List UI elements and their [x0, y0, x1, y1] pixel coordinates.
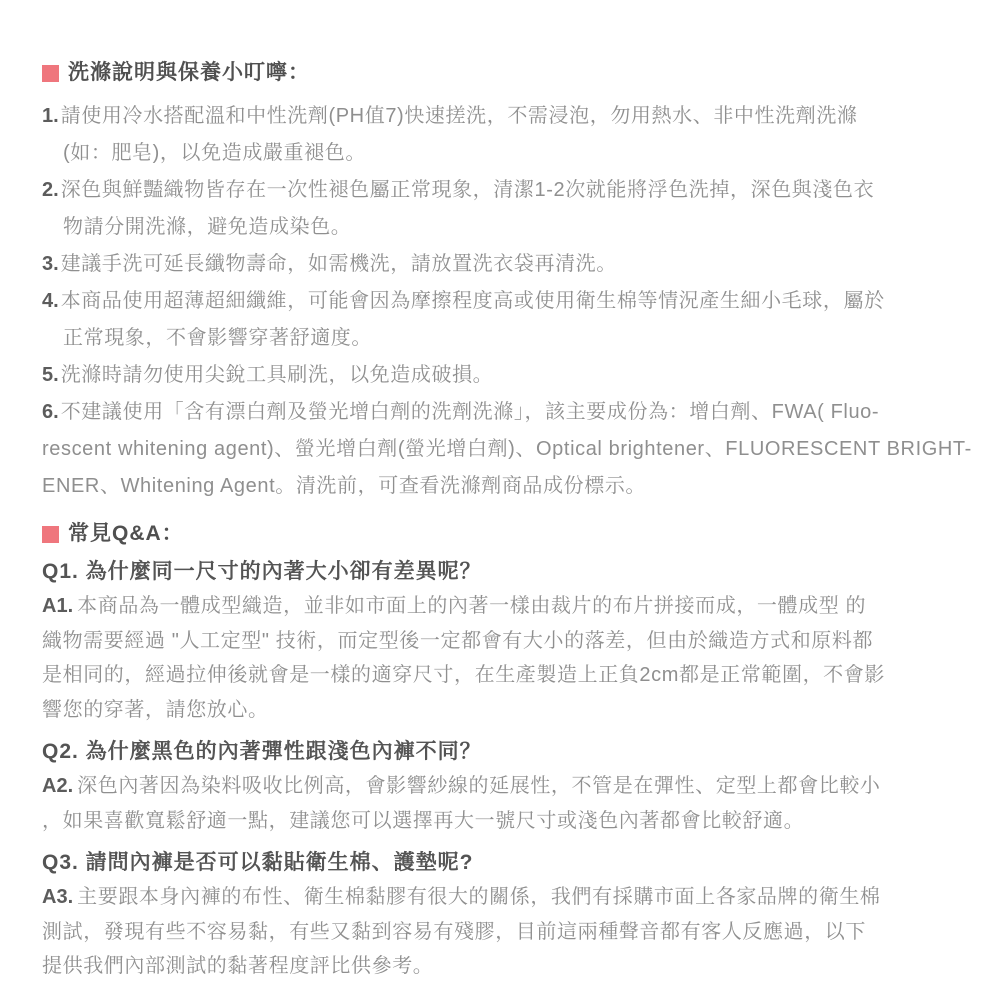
answer-3-cont: 測試，發現有些不容易黏，有些又黏到容易有殘膠，目前這兩種聲音都有客人反應過，以下	[42, 915, 962, 950]
item-number: 6.	[42, 401, 59, 423]
instruction-text: 不建議使用「含有漂白劑及螢光增白劑的洗劑洗滌」，該主要成份為：增白劑、FWA( …	[61, 401, 879, 423]
answer-1-cont: 是相同的，經過拉伸後就會是一樣的適穿尺寸，在生產製造上正負2cm都是正常範圍，不…	[42, 658, 962, 693]
answer-text: 主要跟本身內褲的布性、衛生棉黏膠有很大的關係，我們有採購市面上各家品牌的衛生棉	[77, 886, 880, 908]
instruction-item-4-cont: 正常現象，不會影響穿著舒適度。	[42, 320, 962, 357]
instruction-item-6-cont2: ENER、Whitening Agent。清洗前，可查看洗滌劑商品成份標示。	[42, 468, 962, 505]
instruction-text: 深色與鮮豔織物皆存在一次性褪色屬正常現象，清潔1-2次就能將浮色洗掉，深色與淺色…	[61, 179, 875, 201]
answer-1: A1.本商品為一體成型織造，並非如市面上的內著一樣由裁片的布片拼接而成，一體成型…	[42, 589, 962, 624]
question-3: Q3. 請問內褲是否可以黏貼衛生棉、護墊呢?	[42, 845, 962, 880]
answer-3-cont: 提供我們內部測試的黏著程度評比供參考。	[42, 949, 962, 984]
qa-section-heading: 常見Q&A：	[42, 521, 962, 547]
instruction-item-1: 1.請使用冷水搭配溫和中性洗劑(PH值7)快速搓洗，不需浸泡，勿用熱水、非中性洗…	[42, 98, 962, 135]
care-instructions-page: 洗滌說明與保養小叮嚀： 1.請使用冷水搭配溫和中性洗劑(PH值7)快速搓洗，不需…	[0, 0, 1000, 984]
answer-label: A1.	[42, 595, 73, 617]
instruction-text: 本商品使用超薄超細纖維，可能會因為摩擦程度高或使用衛生棉等情況產生細小毛球，屬於	[61, 290, 885, 312]
answer-1-cont: 織物需要經過 "人工定型" 技術，而定型後一定都會有大小的落差，但由於織造方式和…	[42, 624, 962, 659]
section-bullet-icon	[42, 65, 59, 82]
answer-2-cont: ，如果喜歡寬鬆舒適一點，建議您可以選擇再大一號尺寸或淺色內著都會比較舒適。	[42, 804, 962, 839]
instruction-item-5: 5.洗滌時請勿使用尖銳工具刷洗，以免造成破損。	[42, 357, 962, 394]
answer-1-cont: 響您的穿著，請您放心。	[42, 693, 962, 728]
answer-3: A3.主要跟本身內褲的布性、衛生棉黏膠有很大的關係，我們有採購市面上各家品牌的衛…	[42, 880, 962, 915]
answer-text: 本商品為一體成型織造，並非如市面上的內著一樣由裁片的布片拼接而成，一體成型 的	[77, 595, 866, 617]
item-number: 1.	[42, 105, 59, 127]
instruction-item-2-cont: 物請分開洗滌，避免造成染色。	[42, 209, 962, 246]
washing-section-heading: 洗滌說明與保養小叮嚀：	[42, 60, 962, 86]
item-number: 4.	[42, 290, 59, 312]
instruction-text: 建議手洗可延長纖物壽命，如需機洗，請放置洗衣袋再清洗。	[61, 253, 617, 275]
instruction-text: 洗滌時請勿使用尖銳工具刷洗，以免造成破損。	[61, 364, 494, 386]
instruction-text: 請使用冷水搭配溫和中性洗劑(PH值7)快速搓洗，不需浸泡，勿用熱水、非中性洗劑洗…	[61, 105, 858, 127]
answer-2: A2.深色內著因為染料吸收比例高，會影響紗線的延展性，不管是在彈性、定型上都會比…	[42, 769, 962, 804]
item-number: 3.	[42, 253, 59, 275]
question-1: Q1. 為什麼同一尺寸的內著大小卻有差異呢？	[42, 554, 962, 589]
washing-instruction-list: 1.請使用冷水搭配溫和中性洗劑(PH值7)快速搓洗，不需浸泡，勿用熱水、非中性洗…	[42, 98, 962, 505]
instruction-item-1-cont: (如：肥皂)，以免造成嚴重褪色。	[42, 135, 962, 172]
washing-section-title: 洗滌說明與保養小叮嚀：	[68, 60, 310, 86]
answer-label: A2.	[42, 775, 73, 797]
qa-list: Q1. 為什麼同一尺寸的內著大小卻有差異呢？ A1.本商品為一體成型織造，並非如…	[42, 554, 962, 984]
instruction-item-6-cont1: rescent whitening agent)、螢光增白劑(螢光增白劑)、Op…	[42, 431, 962, 468]
answer-label: A3.	[42, 886, 73, 908]
instruction-item-6: 6.不建議使用「含有漂白劑及螢光增白劑的洗劑洗滌」，該主要成份為：增白劑、FWA…	[42, 394, 962, 431]
qa-section-title: 常見Q&A：	[68, 521, 184, 547]
question-2: Q2. 為什麼黑色的內著彈性跟淺色內褲不同？	[42, 734, 962, 769]
answer-text: 深色內著因為染料吸收比例高，會影響紗線的延展性，不管是在彈性、定型上都會比較小	[77, 775, 880, 797]
instruction-item-2: 2.深色與鮮豔織物皆存在一次性褪色屬正常現象，清潔1-2次就能將浮色洗掉，深色與…	[42, 172, 962, 209]
instruction-item-3: 3.建議手洗可延長纖物壽命，如需機洗，請放置洗衣袋再清洗。	[42, 246, 962, 283]
item-number: 2.	[42, 179, 59, 201]
item-number: 5.	[42, 364, 59, 386]
instruction-item-4: 4.本商品使用超薄超細纖維，可能會因為摩擦程度高或使用衛生棉等情況產生細小毛球，…	[42, 283, 962, 320]
section-bullet-icon	[42, 526, 59, 543]
